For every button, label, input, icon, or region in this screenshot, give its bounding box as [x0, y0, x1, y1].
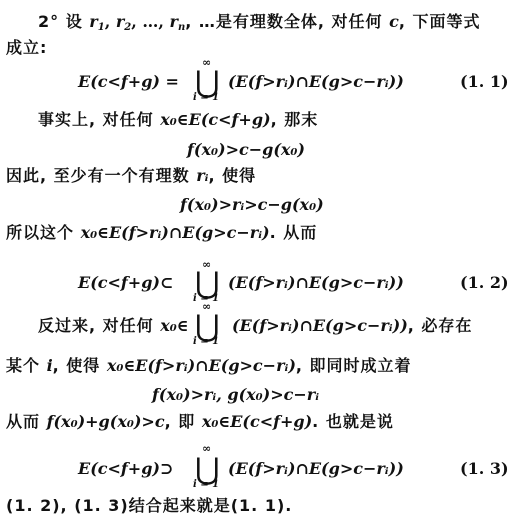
paragraph-4: 所以这个 x₀∈E(f>rᵢ)∩E(g>c−rᵢ). 从而 — [6, 223, 317, 243]
eq1-union-sub: i = 1 — [193, 92, 219, 103]
eq1-lhs: E(c<f+g) = — [78, 72, 179, 92]
paragraph-5-line-2: 某个 i, 使得 x₀∈E(f>rᵢ)∩E(g>c−rᵢ), 即同时成立着 — [6, 356, 412, 376]
p5-union-sub: i = 1 — [193, 336, 219, 347]
text: , …是有理数全体, 对任何 — [185, 12, 389, 31]
eq3-lhs: E(c<f+g)⊃ — [78, 459, 173, 479]
paragraph-3: 因此, 至少有一个有理数 rᵢ, 使得 — [6, 166, 256, 186]
eq2-lhs: E(c<f+g)⊂ — [78, 273, 173, 293]
math-x0: x₀∈E(c<f+g) — [160, 110, 270, 129]
formula-c: f(x₀)>rᵢ, g(x₀)>c−rᵢ — [152, 385, 319, 405]
paragraph-1-line-2: 成立: — [6, 38, 47, 58]
paragraph-2: 事实上, 对任何 x₀∈E(c<f+g), 那末 — [38, 110, 318, 130]
paragraph-1-line-1: 2° 设 r1, r2, …, rn, …是有理数全体, 对任何 c, 下面等式 — [38, 12, 481, 38]
math-r2: r2 — [116, 12, 131, 31]
eq3-union-sub: i = 1 — [193, 479, 219, 490]
formula-a: f(x₀)>c−g(x₀) — [187, 140, 305, 160]
text: , …, — [131, 12, 169, 31]
paragraph-6: 从而 f(x₀)+g(x₀)>c, 即 x₀∈E(c<f+g). 也就是说 — [6, 412, 394, 432]
eq1-rhs: (E(f>rᵢ)∩E(g>c−rᵢ)) — [228, 72, 404, 92]
math-r1: r1 — [89, 12, 104, 31]
eq2-number: (1. 2) — [460, 273, 509, 293]
formula-b: f(x₀)>rᵢ>c−g(x₀) — [180, 195, 324, 215]
eq1-number: (1. 1) — [460, 72, 509, 92]
conclusion: (1. 2), (1. 3)结合起来就是(1. 1). — [6, 496, 292, 516]
text: , 下面等式 — [399, 12, 481, 31]
eq3-rhs: (E(f>rᵢ)∩E(g>c−rᵢ)) — [228, 459, 404, 479]
math-c: c — [389, 12, 399, 31]
text: , — [105, 12, 116, 31]
math-rn: rn — [170, 12, 186, 31]
text: 2° 设 — [38, 12, 89, 31]
eq2-rhs: (E(f>rᵢ)∩E(g>c−rᵢ)) — [228, 273, 404, 293]
eq3-number: (1. 3) — [460, 459, 509, 479]
